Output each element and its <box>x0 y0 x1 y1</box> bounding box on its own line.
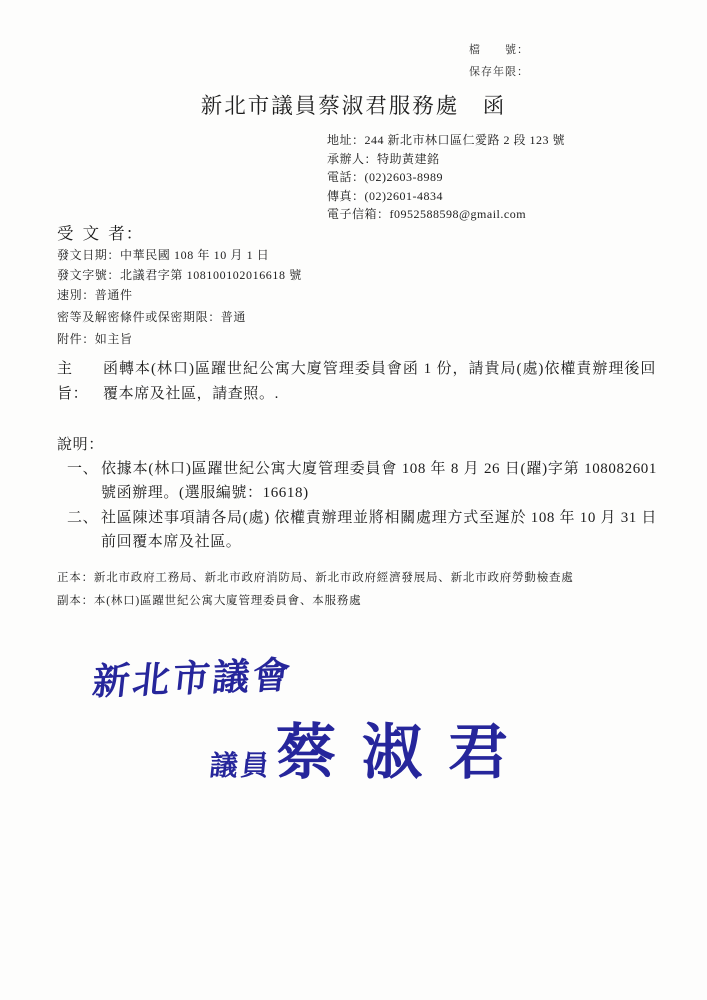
item-2-text: 社區陳述事項請各局(處) 依權責辦理並將相關處理方式至遲於 108 年 10 月… <box>101 506 657 554</box>
sender-fax: 傳真：(02)2601-4834 <box>327 187 565 206</box>
explanation-item-2: 二、 社區陳述事項請各局(處) 依權責辦理並將相關處理方式至遲於 108 年 1… <box>67 506 657 554</box>
file-number-block: 檔 號： 保存年限： <box>469 39 529 83</box>
document-meta-block: 發文日期：中華民國 108 年 10 月 1 日 發文字號：北議君字第 1081… <box>57 245 302 349</box>
signature-council: 新北市議會 <box>90 644 296 705</box>
sender-contact-person: 承辦人：特助黃建銘 <box>327 150 565 169</box>
retention-period-label: 保存年限： <box>469 61 529 83</box>
subject-section: 主旨： 函轉本(林口)區躍世紀公寓大廈管理委員會函 1 份，請貴局(處)依權責辦… <box>57 357 656 406</box>
issue-date-line: 發文日期：中華民國 108 年 10 月 1 日 <box>57 245 302 265</box>
recipient-line: 受 文 者： <box>57 220 143 244</box>
speed-line: 速別：普通件 <box>57 285 302 305</box>
copies-block: 正本：新北市政府工務局、新北市政府消防局、新北市政府經濟發展局、新北市政府勞動檢… <box>57 567 574 613</box>
sender-phone: 電話：(02)2603-8989 <box>327 168 565 187</box>
signature-member-name: 蔡淑君 <box>276 705 534 791</box>
doc-number-line: 發文字號：北議君字第 108100102016618 號 <box>57 265 302 285</box>
explanation-section: 說明： 一、 依據本(林口)區躍世紀公寓大廈管理委員會 108 年 8 月 26… <box>57 433 657 554</box>
document-title: 新北市議員蔡淑君服務處 函 <box>0 89 707 120</box>
item-2-marker: 二、 <box>67 506 101 554</box>
item-1-text: 依據本(林口)區躍世紀公寓大廈管理委員會 108 年 8 月 26 日(躍)字第… <box>101 457 657 505</box>
sender-address: 地址：244 新北市林口區仁愛路 2 段 123 號 <box>327 131 565 150</box>
explanation-items: 一、 依據本(林口)區躍世紀公寓大廈管理委員會 108 年 8 月 26 日(躍… <box>67 457 657 554</box>
security-line: 密等及解密條件或保密期限：普通 <box>57 307 302 327</box>
official-letter-page: 檔 號： 保存年限： 新北市議員蔡淑君服務處 函 地址：244 新北市林口區仁愛… <box>0 0 707 1000</box>
item-1-marker: 一、 <box>67 457 101 505</box>
subject-text: 函轉本(林口)區躍世紀公寓大廈管理委員會函 1 份，請貴局(處)依權責辦理後回覆… <box>103 357 656 406</box>
attachment-line: 附件：如主旨 <box>57 329 302 349</box>
original-copy-line: 正本：新北市政府工務局、新北市政府消防局、新北市政府經濟發展局、新北市政府勞動檢… <box>57 567 574 590</box>
explanation-item-1: 一、 依據本(林口)區躍世紀公寓大廈管理委員會 108 年 8 月 26 日(躍… <box>67 457 657 505</box>
file-number-label: 檔 號： <box>469 39 529 61</box>
explanation-label: 說明： <box>57 433 657 457</box>
cc-copy-line: 副本：本(林口)區躍世紀公寓大廈管理委員會、本服務處 <box>57 590 574 613</box>
sender-info-block: 地址：244 新北市林口區仁愛路 2 段 123 號 承辦人：特助黃建銘 電話：… <box>327 131 565 224</box>
signature-member-title: 議員 <box>208 744 274 784</box>
sender-email: 電子信箱：f0952588598@gmail.com <box>327 205 565 224</box>
subject-label: 主旨： <box>57 357 103 406</box>
